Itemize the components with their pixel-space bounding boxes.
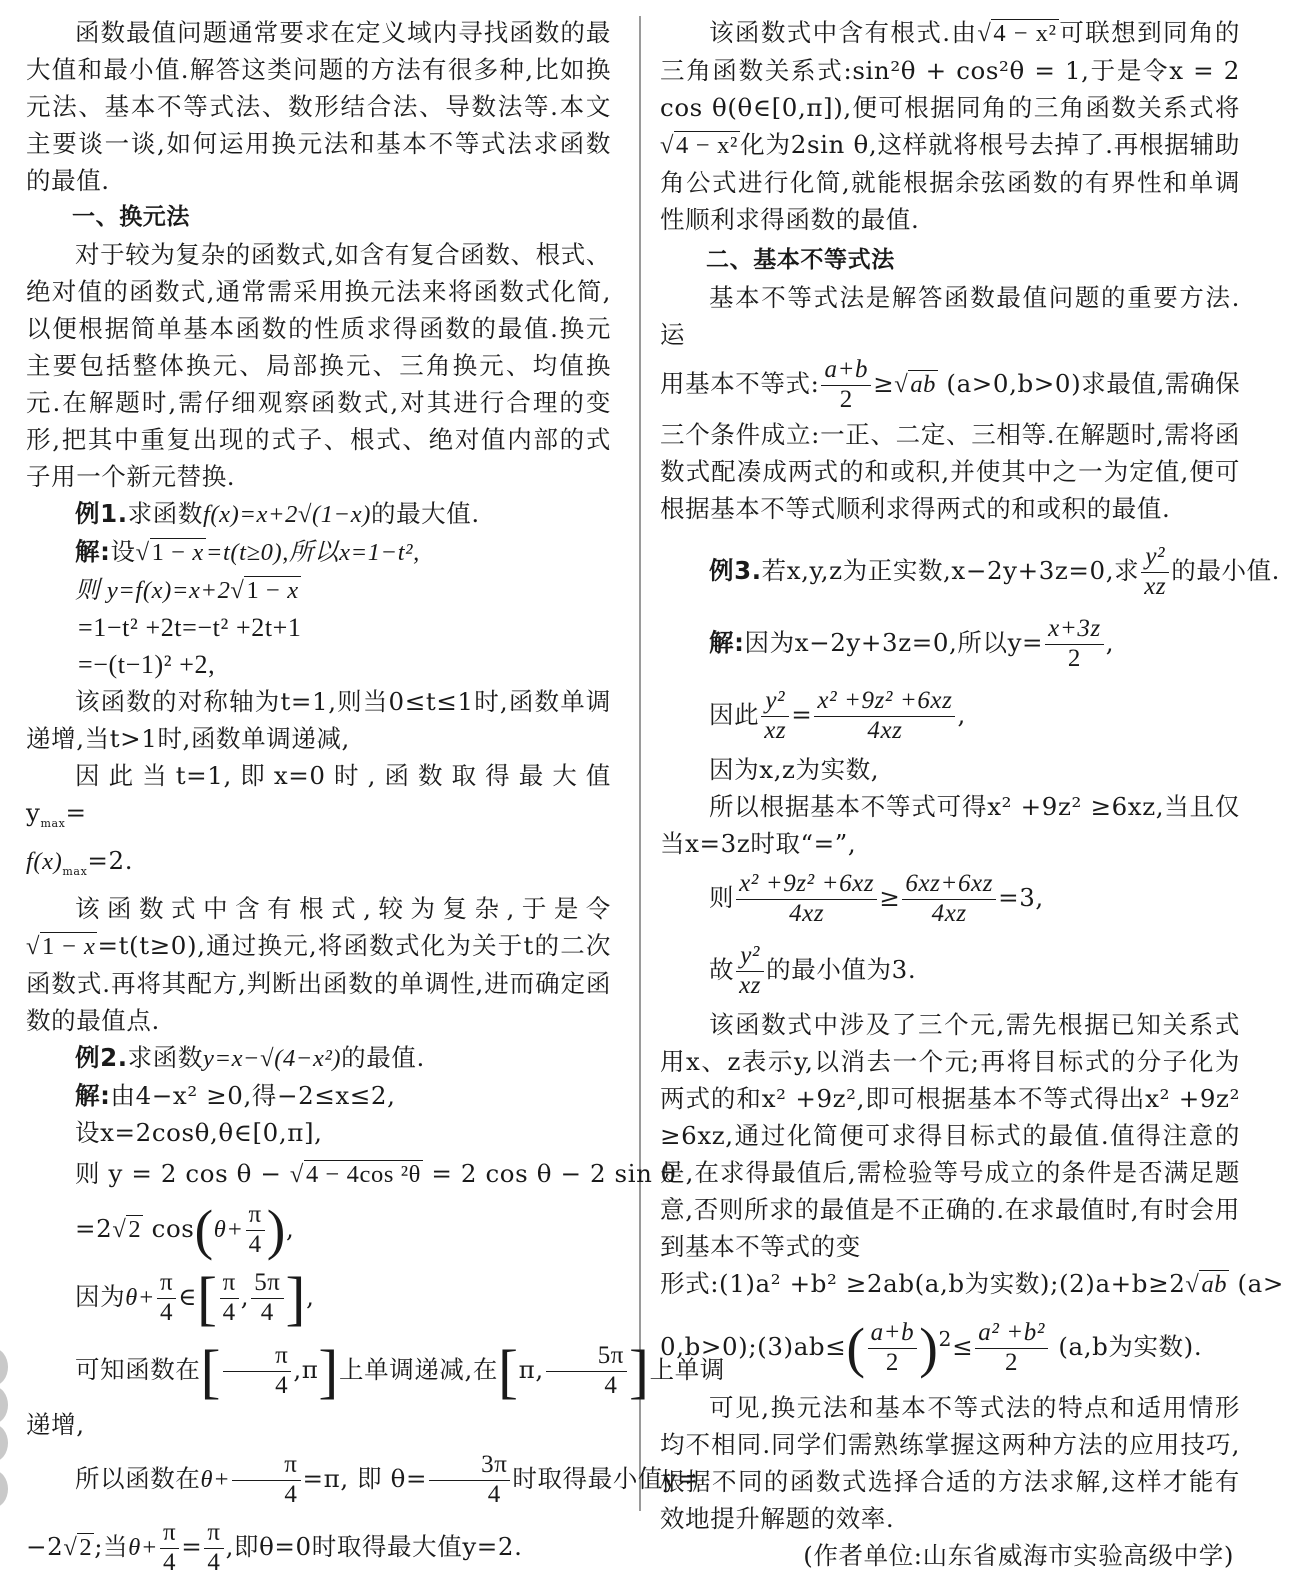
example1-solution-line: =1−t² +2t=−t² +2t+1 <box>26 609 611 646</box>
example3-solution-line: 因为x,z为实数, <box>660 751 1240 788</box>
example2-solution-line: 可知函数在[π4,π]上单调递减,在[π,5π4]上单调 <box>26 1334 611 1406</box>
example2-solution-line: 解:由4−x² ≥0,得−2≤x≤2, <box>26 1077 611 1114</box>
example1-solution-line: =−(t−1)² +2, <box>26 646 611 683</box>
example1-commentary: 该函数式中含有根式,较为复杂,于是令√1 − x=t(t≥0),通过换元,将函数… <box>26 890 611 1039</box>
example2-solution-line: =2√2 cos(θ+π4), <box>26 1198 611 1261</box>
binder-hole <box>0 1424 8 1462</box>
example2-solution-line: −2√2;当θ+π4=π4,即θ=0时取得最大值y=2. <box>26 1516 611 1579</box>
example2-solution-line: 所以函数在θ+π4=π, 即 θ=3π4时取得最小值y= <box>26 1443 611 1516</box>
example2-solution-line: 设x=2cosθ,θ∈[0,π], <box>26 1114 611 1151</box>
binder-hole <box>0 1470 8 1508</box>
example1-solution-line: 解:设√1 − x=t(t≥0),所以x=1−t², <box>26 533 611 571</box>
example3-solution-line: 故y²xz的最小值为3. <box>660 934 1240 1006</box>
section2-paragraph: 三个条件成立:一正、二定、三相等.在解题时,需将函数式配凑成两式的和或积,并使其… <box>660 416 1240 527</box>
example3-commentary: 该函数式中涉及了三个元,需先根据已知关系式用x、z表示y,以消去一个元;再将目标… <box>660 1006 1240 1265</box>
example3-solution-line: 所以根据基本不等式可得x² +9z² ≥6xz,当且仅当x=3z时取“=”, <box>660 788 1240 862</box>
column-divider <box>639 16 641 1511</box>
author-affiliation: (作者单位:山东省威海市实验高级中学) <box>660 1537 1240 1574</box>
section-heading-substitution: 一、换元法 <box>26 199 611 236</box>
example2-question: 例2.求函数y=x−√(4−x²)的最值. <box>26 1039 611 1077</box>
binder-hole <box>0 1386 8 1424</box>
article-page: 函数最值问题通常要求在定义域内寻找函数的最大值和最小值.解答这类问题的方法有很多… <box>0 0 1300 1585</box>
section2-paragraph: 用基本不等式:a+b2≥√ab (a>0,b>0)求最值,需确保 <box>660 353 1240 416</box>
example2-commentary: 该函数式中含有根式.由√4 − x²可联想到同角的三角函数关系式:sin²θ +… <box>660 14 1240 238</box>
example3-solution-line: 因此y²xz=x² +9z² +6xz4xz, <box>660 679 1240 751</box>
example3-solution-line: 则x² +9z² +6xz4xz≥6xz+6xz4xz=3, <box>660 862 1240 934</box>
example3-solution-line: 解:因为x−2y+3z=0,所以y=x+3z2, <box>660 607 1240 679</box>
example3-commentary: 0,b>0);(3)ab≤(a+b2)2≤a² +b²2 (a,b为实数). <box>660 1303 1240 1383</box>
example1-solution-line: 则 y=f(x)=x+2√1 − x <box>26 571 611 609</box>
left-column: 函数最值问题通常要求在定义域内寻找函数的最大值和最小值.解答这类问题的方法有很多… <box>26 14 611 1579</box>
section2-paragraph: 基本不等式法是解答函数最值问题的重要方法.运 <box>660 279 1240 353</box>
example2-solution-line: 递增, <box>26 1406 611 1443</box>
section1-paragraph: 对于较为复杂的函数式,如含有复合函数、根式、绝对值的函数式,通常需采用换元法来将… <box>26 236 611 495</box>
conclusion-paragraph: 可见,换元法和基本不等式法的特点和适用情形均不相同.同学们需熟练掌握这两种方法的… <box>660 1389 1240 1537</box>
binder-hole <box>0 1348 8 1386</box>
example1-solution-line: 该函数的对称轴为t=1,则当0≤t≤1时,函数单调递增,当t>1时,函数单调递减… <box>26 683 611 757</box>
intro-paragraph: 函数最值问题通常要求在定义域内寻找函数的最大值和最小值.解答这类问题的方法有很多… <box>26 14 611 199</box>
example2-solution-line: 则 y = 2 cos θ − √4 − 4cos ²θ = 2 cos θ −… <box>26 1151 611 1198</box>
example2-solution-line: 因为θ+π4∈[π4,5π4], <box>26 1261 611 1334</box>
right-column: 该函数式中含有根式.由√4 − x²可联想到同角的三角函数关系式:sin²θ +… <box>660 14 1240 1574</box>
example1-solution-line: 因 此 当 t=1, 即 x=0 时 , 函 数 取 得 最 大 值 ymax=… <box>26 757 611 890</box>
example3-commentary: 形式:(1)a² +b² ≥2ab(a,b为实数);(2)a+b≥2√ab (a… <box>660 1265 1240 1303</box>
example1-question: 例1.求函数f(x)=x+2√(1−x)的最大值. <box>26 495 611 533</box>
example3-question: 例3.若x,y,z为正实数,x−2y+3z=0,求y²xz的最小值. <box>660 535 1240 607</box>
section-heading-inequality: 二、基本不等式法 <box>660 242 1240 279</box>
